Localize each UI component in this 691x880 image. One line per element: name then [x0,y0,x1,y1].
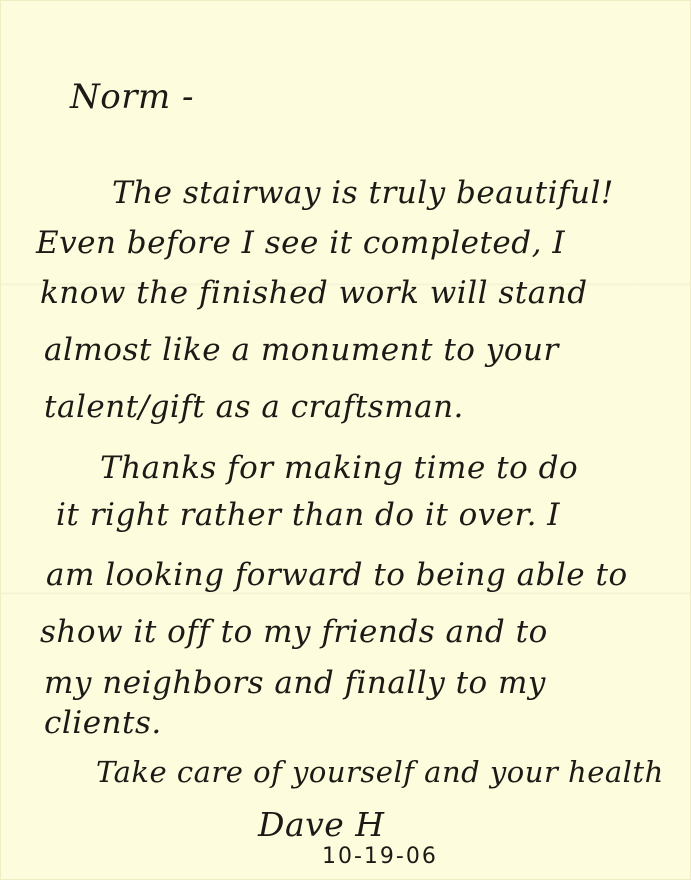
letter-line: talent/gift as a craftsman. [44,392,464,423]
letter-line: Thanks for making time to do [100,453,578,484]
letter-signature: Dave H [258,808,385,841]
letter-date: 10-19-06 [322,846,438,868]
letter-line: Even before I see it completed, I [36,228,565,259]
letter-line: know the finished work will stand [40,278,588,309]
letter-line: almost like a monument to your [44,335,559,366]
letter-line: show it off to my friends and to [40,617,548,648]
letter-line: am looking forward to being able to [46,560,628,591]
letter-line: my neighbors and finally to my [44,668,546,699]
letter-line: clients. [44,708,162,739]
letter-line: The stairway is truly beautiful! [112,178,614,209]
handwritten-letter-page: Norm - The stairway is truly beautiful! … [0,0,691,880]
letter-salutation: Norm - [70,80,194,114]
letter-closing: Take care of yourself and your health [96,758,664,787]
letter-line: it right rather than do it over. I [56,500,560,531]
